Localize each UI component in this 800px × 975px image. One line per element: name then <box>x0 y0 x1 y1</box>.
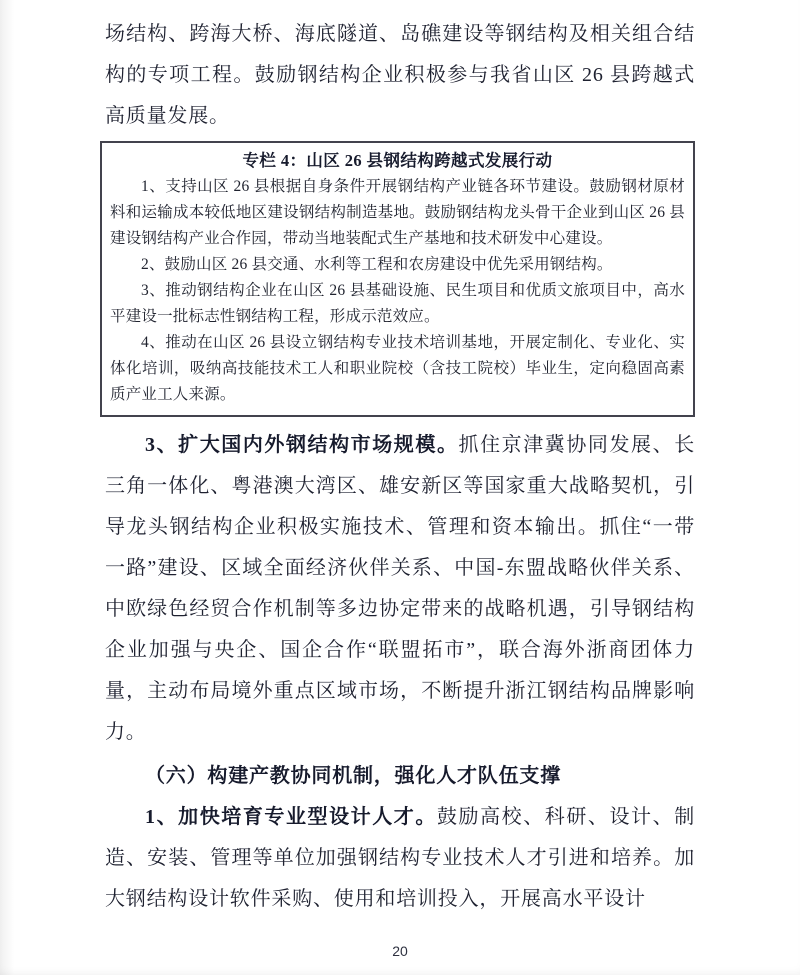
callout-box-item-3: 3、推动钢结构企业在山区 26 县基础设施、民生项目和优质文旅项目中，高水平建设… <box>110 278 685 330</box>
market-scale-paragraph-lead: 3、扩大国内外钢结构市场规模。 <box>145 434 459 456</box>
callout-box-title: 专栏 4：山区 26 县钢结构跨越式发展行动 <box>110 148 685 174</box>
talent-paragraph: 1、加快培育专业型设计人才。鼓励高校、科研、设计、制造、安装、管理等单位加强钢结… <box>105 797 695 920</box>
market-scale-paragraph-body: 抓住京津冀协同发展、长三角一体化、粤港澳大湾区、雄安新区等国家重大战略契机，引导… <box>105 434 695 743</box>
callout-box-item-1: 1、支持山区 26 县根据自身条件开展钢结构产业链各环节建设。鼓励钢材原材料和运… <box>110 174 685 252</box>
document-page: 场结构、跨海大桥、海底隧道、岛礁建设等钢结构及相关组合结构的专项工程。鼓励钢结构… <box>0 0 800 975</box>
page-content: 场结构、跨海大桥、海底隧道、岛礁建设等钢结构及相关组合结构的专项工程。鼓励钢结构… <box>0 0 800 920</box>
page-number: 20 <box>0 943 800 959</box>
section-six-heading: （六）构建产教协同机制，强化人才队伍支撑 <box>105 756 695 797</box>
callout-box-item-2: 2、鼓励山区 26 县交通、水利等工程和农房建设中优先采用钢结构。 <box>110 252 685 278</box>
intro-paragraph: 场结构、跨海大桥、海底隧道、岛礁建设等钢结构及相关组合结构的专项工程。鼓励钢结构… <box>105 14 695 137</box>
talent-paragraph-lead: 1、加快培育专业型设计人才。 <box>145 806 437 828</box>
callout-box-item-4: 4、推动在山区 26 县设立钢结构专业技术培训基地，开展定制化、专业化、实体化培… <box>110 330 685 408</box>
market-scale-paragraph: 3、扩大国内外钢结构市场规模。抓住京津冀协同发展、长三角一体化、粤港澳大湾区、雄… <box>105 425 695 753</box>
column4-callout-box: 专栏 4：山区 26 县钢结构跨越式发展行动 1、支持山区 26 县根据自身条件… <box>100 141 695 417</box>
